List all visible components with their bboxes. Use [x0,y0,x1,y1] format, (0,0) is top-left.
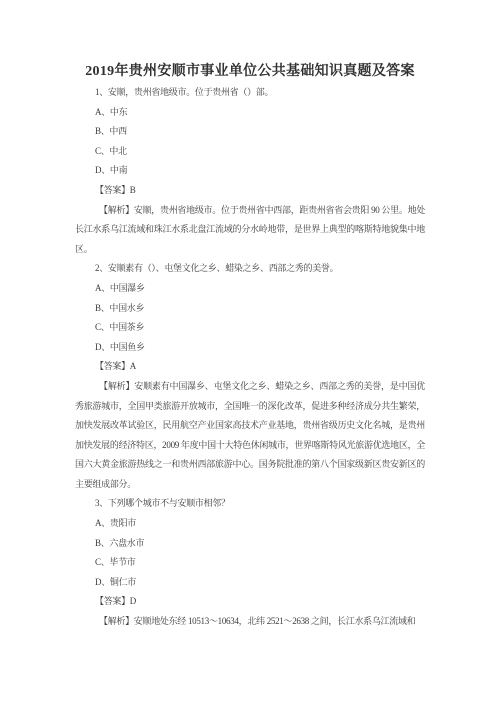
question-block-3: 3、下列哪个城市不与安顺市相邻？ A、贵阳市 B、六盘水市 C、毕节市 D、铜仁… [75,494,425,631]
question-stem: 1、安顺，贵州省地级市。位于贵州省（）部。 [75,83,425,103]
option-b: B、六盘水市 [75,534,425,554]
page-title: 2019年贵州安顺市事业单位公共基础知识真题及答案 [75,0,425,83]
question-block-1: 1、安顺，贵州省地级市。位于贵州省（）部。 A、中东 B、中西 C、中北 D、中… [75,83,425,259]
option-b: B、中国水乡 [75,299,425,319]
answer-line: 【答案】B [75,181,425,201]
option-a: A、中东 [75,103,425,123]
option-d: D、中南 [75,161,425,181]
option-d: D、中国鱼乡 [75,338,425,358]
answer-line: 【答案】A [75,357,425,377]
document-content: 2019年贵州安顺市事业单位公共基础知识真题及答案 1、安顺，贵州省地级市。位于… [75,0,425,632]
document-page: 2019年贵州安顺市事业单位公共基础知识真题及答案 1、安顺，贵州省地级市。位于… [0,0,499,706]
option-b: B、中西 [75,122,425,142]
option-c: C、中北 [75,142,425,162]
question-block-2: 2、安顺素有（）、屯堡文化之乡、蜡染之乡、西部之秀的美誉。 A、中国瀑乡 B、中… [75,259,425,494]
question-stem: 2、安顺素有（）、屯堡文化之乡、蜡染之乡、西部之秀的美誉。 [75,259,425,279]
question-stem: 3、下列哪个城市不与安顺市相邻？ [75,494,425,514]
option-c: C、中国茶乡 [75,318,425,338]
option-a: A、中国瀑乡 [75,279,425,299]
analysis-paragraph: 【解析】安顺素有中国瀑乡、屯堡文化之乡、蜡染之乡、西部之秀的美誉，是中国优秀旅游… [75,377,425,495]
option-d: D、铜仁市 [75,573,425,593]
option-a: A、贵阳市 [75,514,425,534]
answer-line: 【答案】D [75,592,425,612]
option-c: C、毕节市 [75,553,425,573]
analysis-paragraph: 【解析】安顺，贵州省地级市。位于贵州省中西部，距贵州省省会贵阳 90 公里。地处… [75,201,425,260]
analysis-paragraph: 【解析】安顺地处东经 10513～10634，北纬 2521～2638 之间，长… [75,612,425,632]
